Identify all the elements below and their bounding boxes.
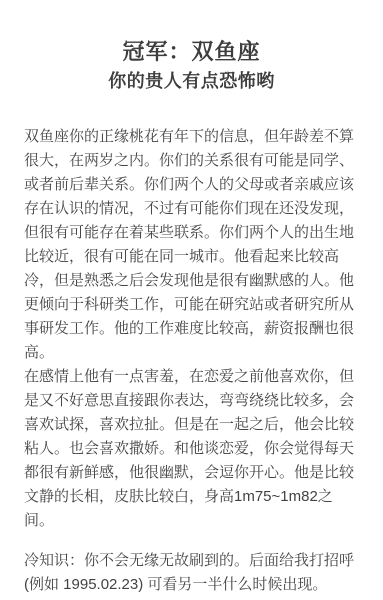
paragraph-cold-fact: 冷知识：你不会无缘无故刷到的。后面给我打招呼 (例如 1995.02.23) 可… [24,549,359,597]
page-subtitle: 你的贵人有点恐怖哟 [24,69,359,93]
paragraph-love-reading: 在感情上他有一点害羞，在恋爱之前他喜欢你，但 是又不好意思直接跟你表达，弯弯绕绕… [24,365,359,533]
page-title: 冠军：双鱼座 [24,38,359,66]
paragraph-main-reading: 双鱼座你的正缘桃花有年下的信息，但年龄差不算 很大，在两岁之内。你们的关系很有可… [24,125,359,365]
article-body: 双鱼座你的正缘桃花有年下的信息，但年龄差不算 很大，在两岁之内。你们的关系很有可… [24,125,359,597]
article-page: 冠军：双鱼座 你的贵人有点恐怖哟 双鱼座你的正缘桃花有年下的信息，但年龄差不算 … [0,0,383,600]
